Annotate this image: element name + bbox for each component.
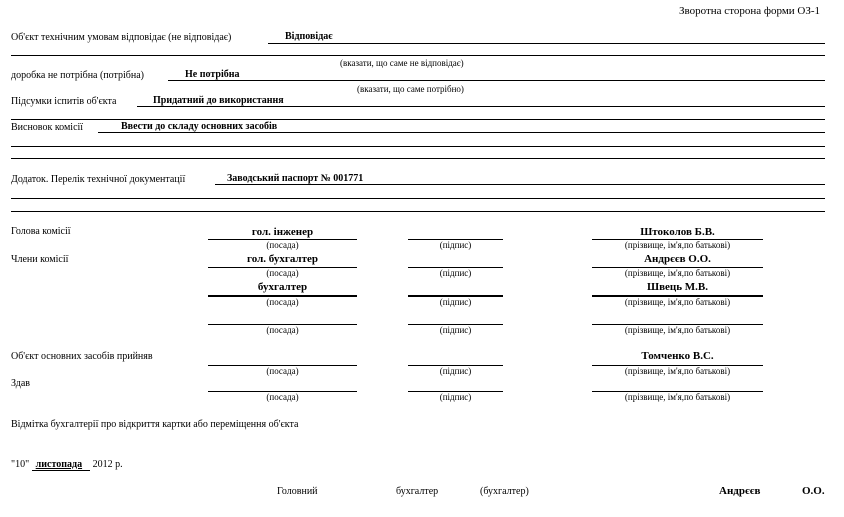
handed-label: Здав <box>11 378 30 389</box>
rework-hint: (вказати, що саме потрібно) <box>357 84 464 94</box>
attachment-line-3 <box>11 211 825 212</box>
form-title: Зворотна сторона форми ОЗ-1 <box>679 5 820 17</box>
test-results-label: Підсумки іспитів об'єкта <box>11 96 116 107</box>
test-results-underline <box>137 106 825 107</box>
test-results-value[interactable]: Придатний до використання <box>153 95 284 106</box>
rework-value[interactable]: Не потрібна <box>185 69 239 80</box>
signature-hint-0: (підпис) <box>408 240 503 250</box>
commission-position-0[interactable]: гол. інженер <box>208 226 357 238</box>
position-hint-1: (посада) <box>208 268 357 278</box>
commission-name-0[interactable]: Штоколов Б.В. <box>592 226 763 238</box>
accepted-position-hint: (посада) <box>208 366 357 376</box>
accepted-name[interactable]: Томченко В.С. <box>592 350 763 362</box>
commission-members-label: Члени комісії <box>11 254 68 265</box>
commission-chair-label: Голова комісії <box>11 226 71 237</box>
commission-position-1[interactable]: гол. бухгалтер <box>208 253 357 265</box>
accountant-paren: (бухгалтер) <box>480 486 529 497</box>
conclusion-label: Висновок комісії <box>11 122 83 133</box>
rework-label: доробка не потрібна (потрібна) <box>11 70 144 81</box>
signature-hint-1: (підпис) <box>408 268 503 278</box>
conformity-underline <box>268 43 825 44</box>
position-hint-2: (посада) <box>208 297 357 307</box>
conclusion-value[interactable]: Ввести до складу основних засобів <box>121 121 277 132</box>
conformity-label: Об'єкт технічним умовам відповідає (не в… <box>11 32 231 43</box>
rework-underline <box>168 80 825 81</box>
date-year: 2012 р. <box>93 459 123 470</box>
test-results-line-2 <box>11 119 825 120</box>
accepted-signature-hint: (підпис) <box>408 366 503 376</box>
handed-position-hint: (посада) <box>208 392 357 402</box>
commission-name-2[interactable]: Швець М.В. <box>592 281 763 293</box>
accountant-initials: О.О. <box>802 485 825 497</box>
position-hint-0: (посада) <box>208 240 357 250</box>
handed-signature-hint: (підпис) <box>408 392 503 402</box>
signature-hint-2: (підпис) <box>408 297 503 307</box>
attachment-underline <box>215 184 825 185</box>
conformity-line-2 <box>11 55 825 56</box>
name-hint-0: (прізвище, ім'я,по батькові) <box>592 240 763 250</box>
attachment-line-2 <box>11 198 825 199</box>
name-hint-2: (прізвище, ім'я,по батькові) <box>592 297 763 307</box>
name-hint-1: (прізвище, ім'я,по батькові) <box>592 268 763 278</box>
accountant-surname: Андрєєв <box>719 485 760 497</box>
conformity-value[interactable]: Відповідає <box>285 31 333 42</box>
chief-word: Головний <box>277 486 318 497</box>
accountant-word: бухгалтер <box>396 486 438 497</box>
handed-name-hint: (прізвище, ім'я,по батькові) <box>592 392 763 402</box>
conclusion-underline <box>98 132 825 133</box>
accepted-name-hint: (прізвище, ім'я,по батькові) <box>592 366 763 376</box>
conformity-hint: (вказати, що саме не відповідає) <box>340 58 464 68</box>
accounting-note-label: Відмітка бухгалтерії про відкриття картк… <box>11 419 298 430</box>
conclusion-line-3 <box>11 158 825 159</box>
attachment-value[interactable]: Заводський паспорт № 001771 <box>227 173 363 184</box>
date-row: "10" листопада 2012 р. <box>11 459 123 471</box>
attachment-label: Додаток. Перелік технічної документації <box>11 174 185 185</box>
name-hint-3: (прізвище, ім'я,по батькові) <box>592 325 763 335</box>
signature-hint-3: (підпис) <box>408 325 503 335</box>
date-day[interactable]: "10" <box>11 459 29 470</box>
position-hint-3: (посада) <box>208 325 357 335</box>
commission-name-1[interactable]: Андрєєв О.О. <box>592 253 763 265</box>
accepted-label: Об'єкт основних засобів прийняв <box>11 351 153 362</box>
date-month[interactable]: листопада <box>32 459 90 471</box>
conclusion-line-2 <box>11 146 825 147</box>
commission-position-2[interactable]: бухгалтер <box>208 281 357 293</box>
